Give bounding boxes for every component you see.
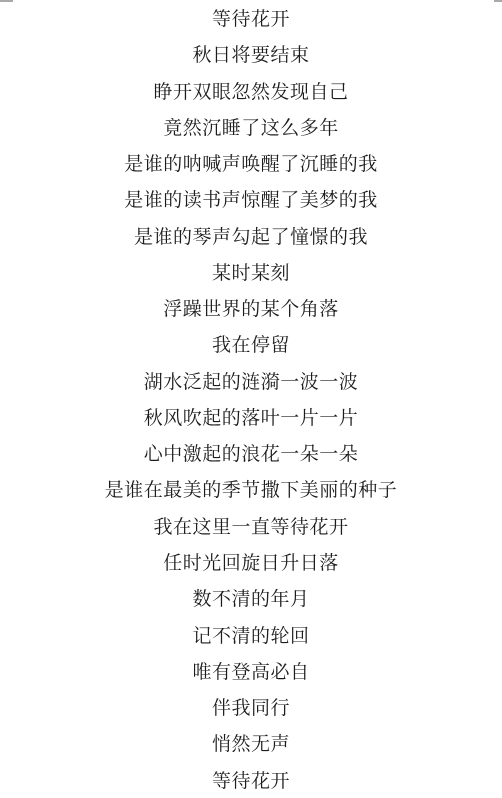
poem-line: 是谁的读书声惊醒了美梦的我 (0, 183, 502, 219)
poem-line: 是谁在最美的季节撒下美丽的种子 (0, 473, 502, 509)
poem-line: 湖水泛起的涟漪一波一波 (0, 365, 502, 401)
poem-line: 我在这里一直等待花开 (0, 510, 502, 546)
poem-line: 记不清的轮回 (0, 619, 502, 655)
poem-line: 是谁的呐喊声唤醒了沉睡的我 (0, 147, 502, 183)
poem-line: 是谁的琴声勾起了憧憬的我 (0, 220, 502, 256)
poem-text: 等待花开秋日将要结束睁开双眼忽然发现自己竟然沉睡了这么多年是谁的呐喊声唤醒了沉睡… (0, 2, 502, 798)
poem-line: 秋风吹起的落叶一片一片 (0, 401, 502, 437)
poem-line: 心中激起的浪花一朵一朵 (0, 437, 502, 473)
poem-line: 我在停留 (0, 328, 502, 364)
poem-line: 伴我同行 (0, 691, 502, 727)
poem-line: 某时某刻 (0, 256, 502, 292)
poem-line: 竟然沉睡了这么多年 (0, 111, 502, 147)
poem-line: 等待花开 (0, 764, 502, 798)
poem-line: 秋日将要结束 (0, 38, 502, 74)
document-page: 等待花开秋日将要结束睁开双眼忽然发现自己竟然沉睡了这么多年是谁的呐喊声唤醒了沉睡… (0, 0, 502, 798)
poem-line: 悄然无声 (0, 727, 502, 763)
poem-line: 唯有登高必自 (0, 655, 502, 691)
poem-line: 任时光回旋日升日落 (0, 546, 502, 582)
poem-line: 浮躁世界的某个角落 (0, 292, 502, 328)
poem-line: 数不清的年月 (0, 582, 502, 618)
poem-title-line: 等待花开 (0, 2, 502, 38)
poem-line: 睁开双眼忽然发现自己 (0, 75, 502, 111)
